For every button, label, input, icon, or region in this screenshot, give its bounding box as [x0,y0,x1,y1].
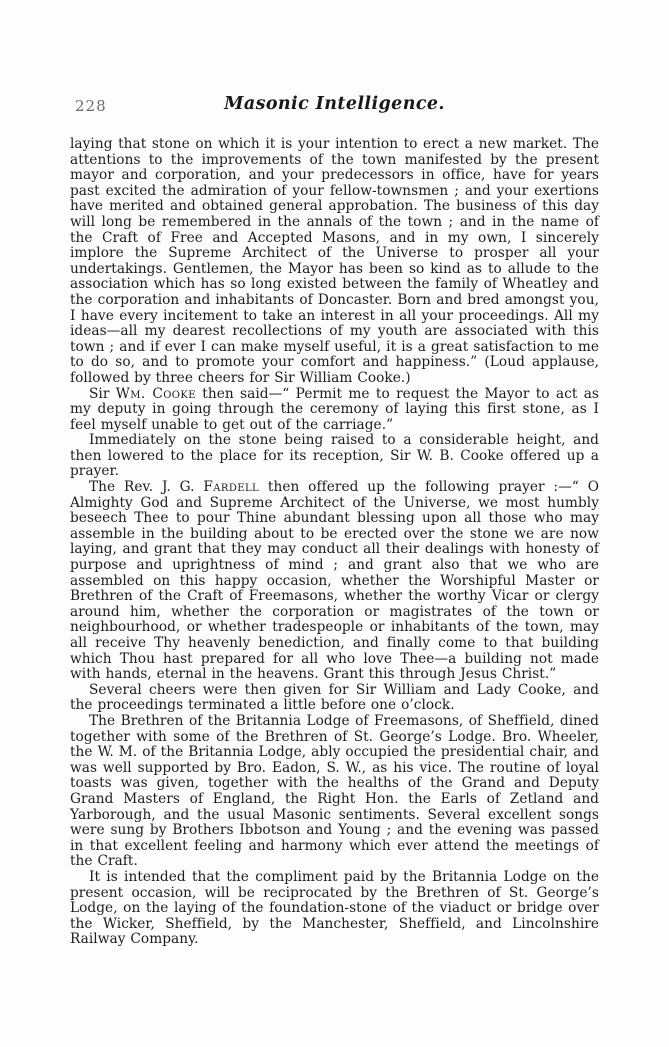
paragraph: The Rev. J. G. Fardell then offered up t… [70,480,599,683]
paragraph: It is intended that the compliment paid … [70,870,599,948]
paragraph: Several cheers were then given for Sir W… [70,683,599,714]
paragraph: Sir Wm. Cooke then said—“ Permit me to r… [70,387,599,434]
smallcaps-name: Wm. Cooke [116,386,196,402]
paragraph: Immediately on the stone being raised to… [70,433,599,480]
smallcaps-name: Fardell [203,479,259,495]
text-run: It is intended that the compliment paid … [70,869,599,947]
page-number: 228 [75,97,107,115]
text-run: Several cheers were then given for Sir W… [70,682,599,714]
running-header: 228 Masonic Intelligence. [70,94,599,118]
text-run: The Brethren of the Britannia Lodge of F… [70,713,599,869]
text-run: Immediately on the stone being raised to… [70,432,599,479]
paragraph: The Brethren of the Britannia Lodge of F… [70,714,599,870]
page-body: laying that stone on which it is your in… [70,137,599,948]
text-run: laying that stone on which it is your in… [70,136,599,386]
paragraph: laying that stone on which it is your in… [70,137,599,387]
running-title: Masonic Intelligence. [70,94,599,114]
page-content: 228 Masonic Intelligence. laying that st… [70,94,599,948]
text-run: Sir [89,386,116,402]
scanned-book-page: 228 Masonic Intelligence. laying that st… [0,0,669,1047]
text-run: The Rev. J. G. [89,479,203,495]
text-run: then offered up the following prayer :—“… [70,479,599,682]
